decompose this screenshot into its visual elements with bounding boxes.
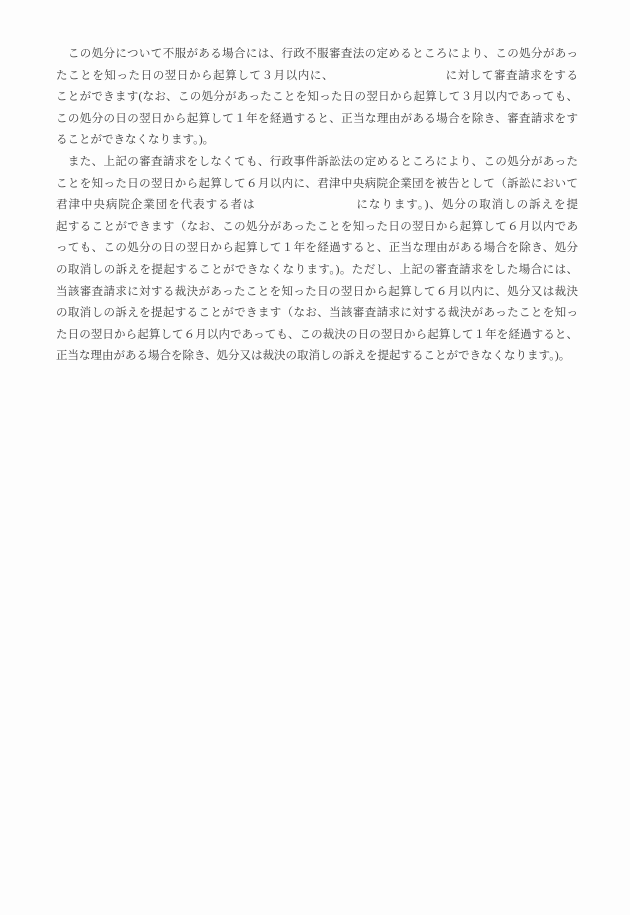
line-text: たことを知った日の翌日から起算して３月以内に、: [56, 70, 334, 82]
blank-review-authority: [334, 78, 445, 79]
text-line: の取消しの訴えを提起することができます（なお、当該審査請求に対する裁決があったこ…: [56, 303, 578, 325]
text-line: 正当な理由がある場合を除き、処分又は裁決の取消しの訴えを提起することができなくな…: [56, 346, 578, 368]
text-line: 起することができます（なお、この処分があったことを知った日の翌日から起算して６月…: [56, 217, 578, 239]
text-line: っても、この処分の日の翌日から起算して１年を経過すると、正当な理由がある場合を除…: [56, 238, 578, 260]
text-line: ことを知った日の翌日から起算して６月以内に、君津中央病院企業団を被告として（訴訟…: [56, 174, 578, 196]
line-text: 君津中央病院企業団を代表する者は: [56, 199, 255, 211]
text-line: たことを知った日の翌日から起算して３月以内に、に対して審査請求をする: [56, 66, 578, 88]
text-line: た日の翌日から起算して６月以内であっても、この裁決の日の翌日から起算して１年を経…: [56, 325, 578, 347]
text-line: 君津中央病院企業団を代表する者はになります。)、処分の取消しの訴えを提: [56, 195, 578, 217]
line-text: になります。)、処分の取消しの訴えを提: [355, 199, 578, 211]
document-page: この処分について不服がある場合には、行政不服審査法の定めるところにより、この処分…: [0, 0, 630, 915]
text-line: 当該審査請求に対する裁決があったことを知った日の翌日から起算して６月以内に、処分…: [56, 282, 578, 304]
blank-representative-name: [255, 207, 355, 208]
text-line: この処分について不服がある場合には、行政不服審査法の定めるところにより、この処分…: [56, 44, 578, 66]
text-line: また、上記の審査請求をしなくても、行政事件訴訟法の定めるところにより、この処分が…: [56, 152, 578, 174]
line-text: に対して審査請求をする: [445, 70, 578, 82]
text-line: この処分の日の翌日から起算して１年を経過すると、正当な理由がある場合を除き、審査…: [56, 109, 578, 131]
text-line: ることができなくなります。)。: [56, 130, 578, 152]
text-line: ことができます(なお、この処分があったことを知った日の翌日から起算して３月以内で…: [56, 87, 578, 109]
text-line: の取消しの訴えを提起することができなくなります。)。ただし、上記の審査請求をした…: [56, 260, 578, 282]
appeal-notice-text: この処分について不服がある場合には、行政不服審査法の定めるところにより、この処分…: [56, 44, 578, 368]
